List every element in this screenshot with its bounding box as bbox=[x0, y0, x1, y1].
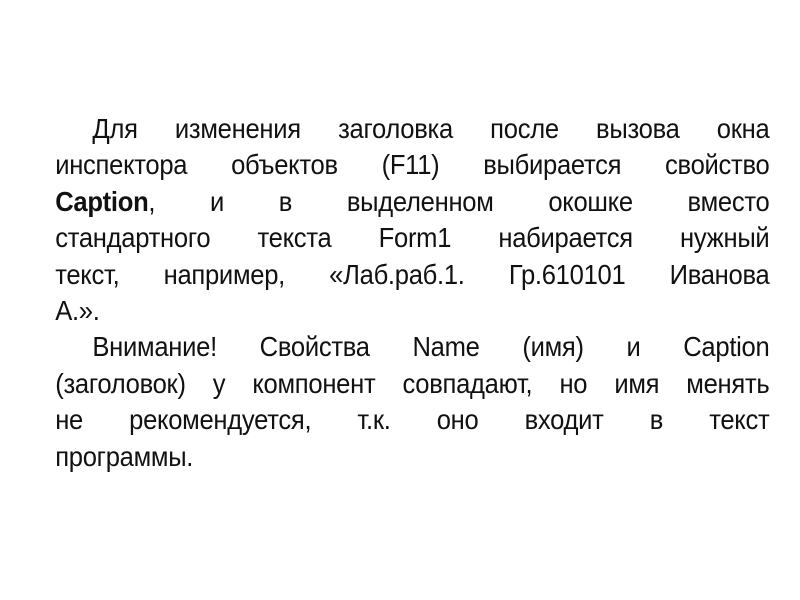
text-line: стандартного текста Form1 набирается нуж… bbox=[18, 220, 769, 256]
text-line: (заголовок) у компонент совпадают, но им… bbox=[18, 366, 769, 402]
text-line: программы. bbox=[18, 439, 769, 475]
paragraph-caption-instructions: Для изменения заголовка после вызова окн… bbox=[18, 111, 769, 329]
text-line: А.». bbox=[18, 293, 769, 329]
text-line: текст, например, «Лаб.раб.1. Гр.610101 И… bbox=[18, 257, 769, 293]
caption-term: Caption bbox=[55, 186, 148, 217]
slide-body-text: Для изменения заголовка после вызова окн… bbox=[18, 111, 769, 475]
text-line: Caption, и в выделенном окошке вместо bbox=[18, 184, 769, 220]
text-line: Для изменения заголовка после вызова окн… bbox=[18, 111, 769, 147]
text-fragment: , и в выделенном окошке вместо bbox=[148, 186, 769, 217]
text-line: инспектора объектов (F11) выбирается сво… bbox=[18, 147, 769, 183]
text-line: не рекомендуется, т.к. оно входит в текс… bbox=[18, 402, 769, 438]
text-line: Внимание! Свойства Name (имя) и Caption bbox=[18, 329, 769, 365]
paragraph-warning: Внимание! Свойства Name (имя) и Caption … bbox=[18, 329, 769, 475]
